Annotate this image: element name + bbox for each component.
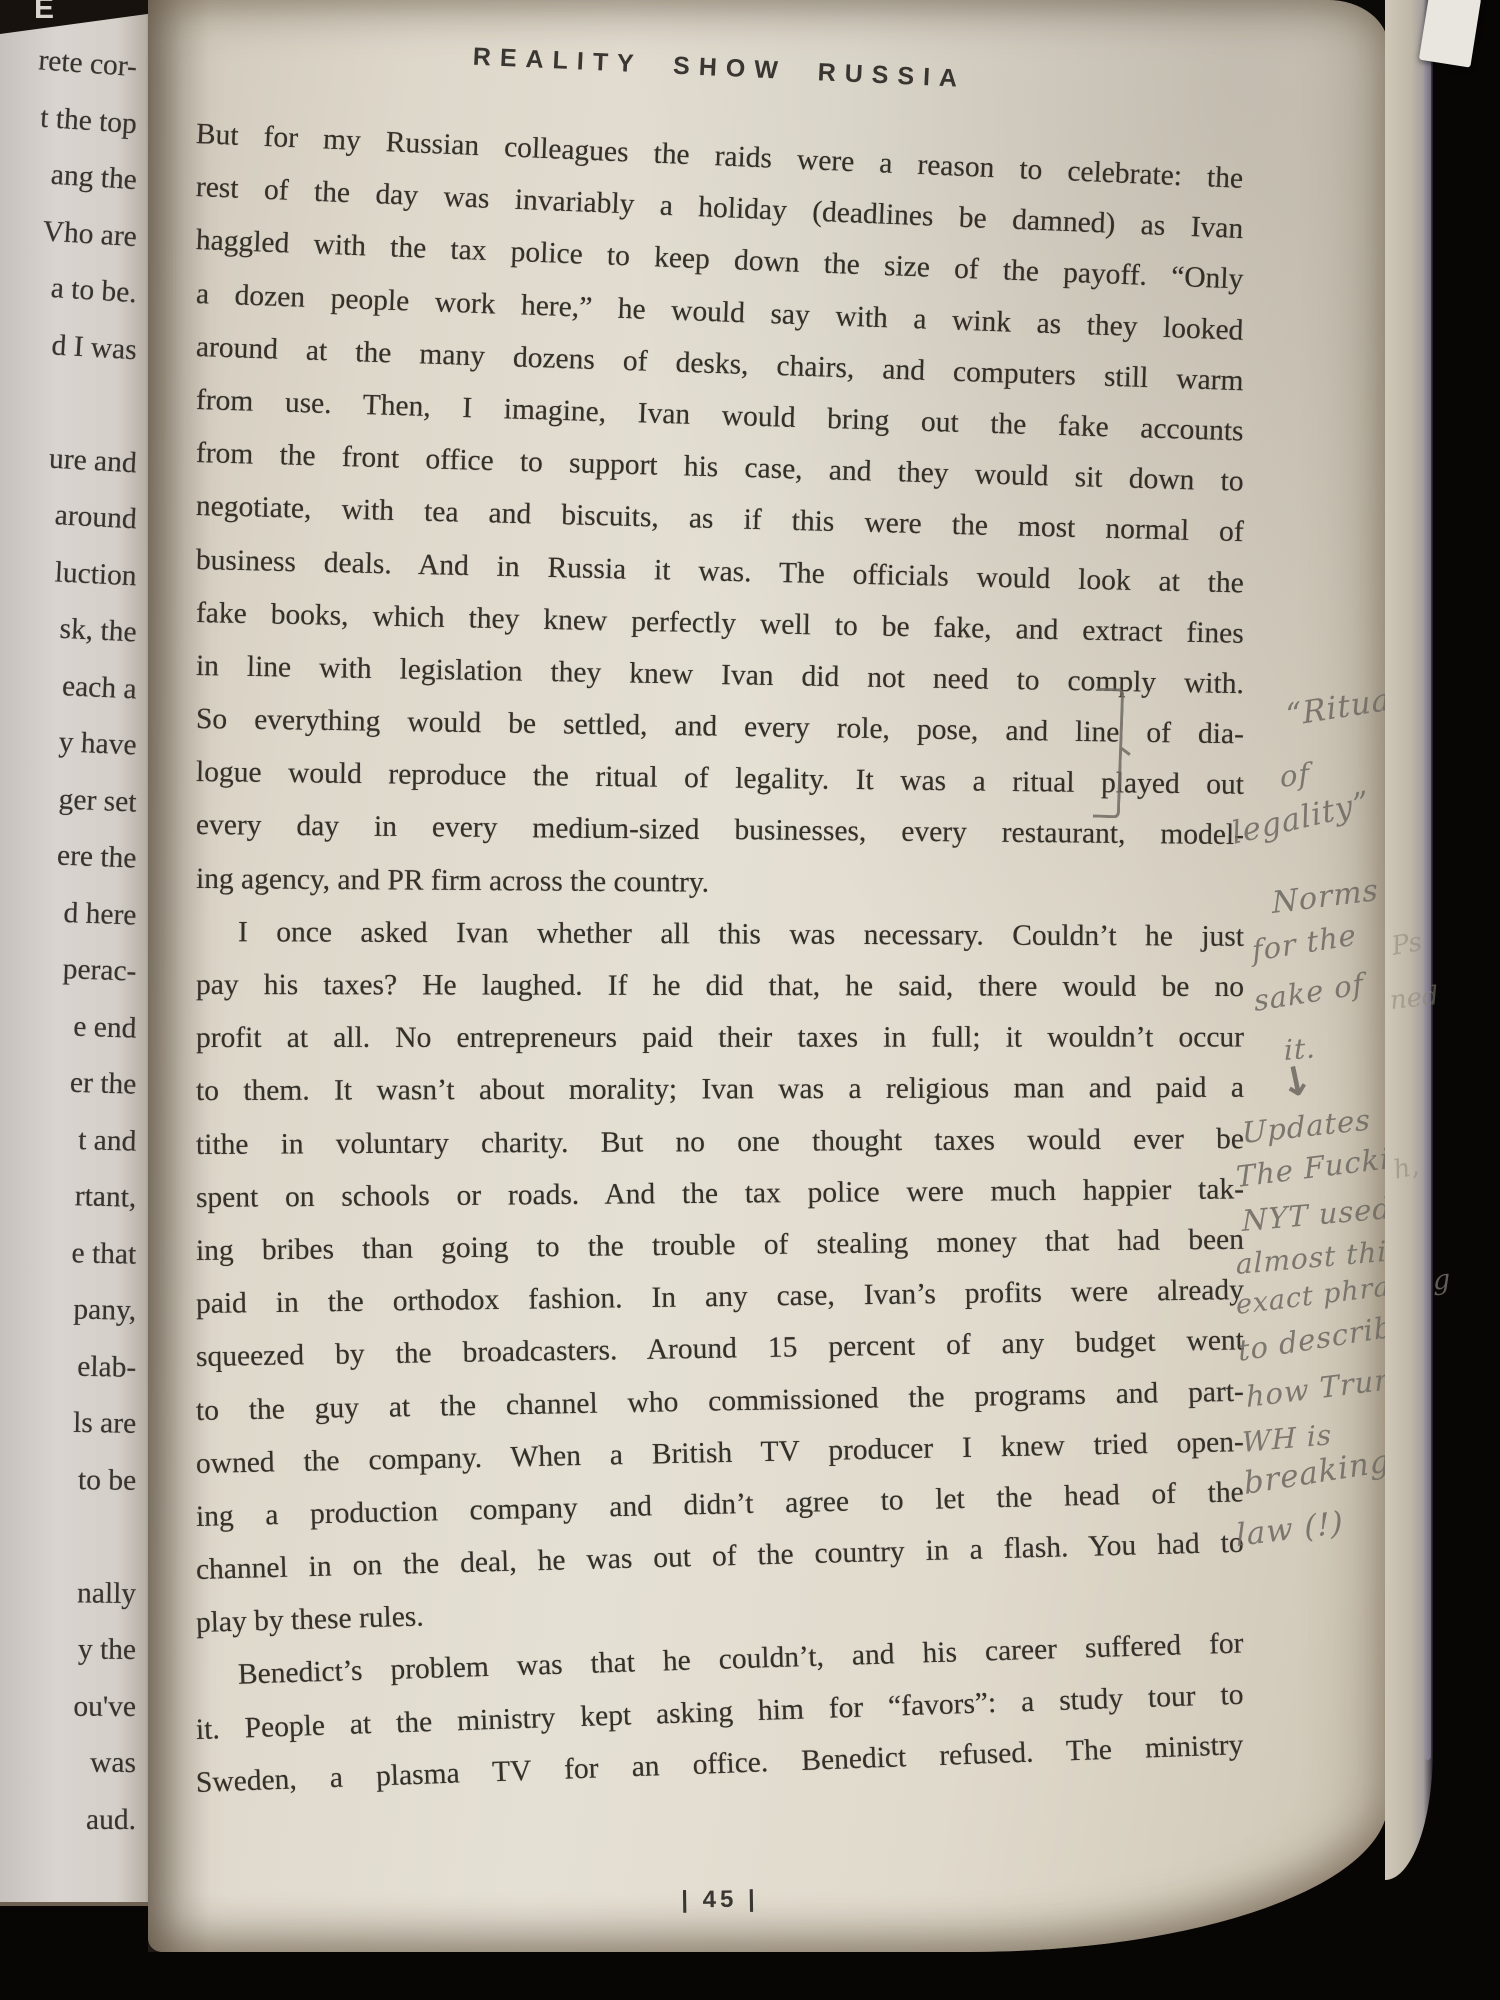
left-page-fragment bbox=[0, 383, 150, 448]
left-page-fragment: d here bbox=[0, 894, 149, 956]
left-page-fragment: ls are bbox=[0, 1406, 148, 1465]
left-page-fragment: a to be. bbox=[0, 269, 150, 334]
left-page-fragment: ang the bbox=[0, 155, 150, 221]
book-page: REALITY SHOW RUSSIA But for my Russian c… bbox=[148, 0, 1388, 1952]
body-line: ing agency, and PR firm across the count… bbox=[196, 853, 1244, 914]
left-page-fragment bbox=[0, 1519, 148, 1577]
left-page-fragment: t and bbox=[0, 1122, 149, 1182]
left-page-fragment: Vho are bbox=[0, 212, 150, 278]
left-page-fragment: to be bbox=[0, 1463, 148, 1521]
left-page-fragment: ger set bbox=[0, 781, 149, 843]
left-page-fragment: around bbox=[0, 496, 149, 560]
left-page-fragment: was bbox=[0, 1747, 148, 1804]
running-header: REALITY SHOW RUSSIA bbox=[195, 30, 1243, 107]
body-line: I once asked Ivan whether all this was n… bbox=[196, 906, 1244, 964]
left-page-fragment: each a bbox=[0, 667, 149, 730]
body-text: But for my Russian colleagues the raids … bbox=[196, 108, 1244, 1810]
left-page-fragment: t the top bbox=[0, 99, 150, 165]
book-photo: E rete cor-t the topang theVho area to b… bbox=[0, 0, 1500, 2000]
left-page-fragment: rete cor- bbox=[0, 42, 150, 109]
left-page-fragment: aud. bbox=[0, 1804, 148, 1861]
left-page-fragment: luction bbox=[0, 553, 149, 617]
left-page-fragment: y the bbox=[0, 1633, 148, 1690]
body-line: profit at all. No entrepreneurs paid the… bbox=[196, 1012, 1244, 1066]
body-line: tithe in voluntary charity. But no one t… bbox=[196, 1113, 1244, 1172]
left-page-fragment: ere the bbox=[0, 837, 149, 899]
body-line: pay his taxes? He laughed. If he did tha… bbox=[196, 959, 1244, 1014]
left-page-fragment: ou've bbox=[0, 1690, 148, 1747]
left-page-fragment: sk, the bbox=[0, 610, 149, 673]
left-page-fragment: nally bbox=[0, 1576, 148, 1634]
left-page-fragment: y have bbox=[0, 724, 149, 787]
left-page-fragment: e that bbox=[0, 1235, 149, 1295]
page-number: | 45 | bbox=[196, 1879, 1244, 1922]
left-page-fragment: pany, bbox=[0, 1292, 149, 1351]
left-page-header-fragment: E bbox=[34, 0, 54, 26]
edge-mark: ned bbox=[1388, 981, 1440, 1016]
margin-note: of bbox=[1279, 756, 1311, 794]
left-page-fragment: ure and bbox=[0, 440, 150, 504]
left-page-fragment: rtant, bbox=[0, 1178, 149, 1238]
left-page-fragment: d I was bbox=[0, 326, 150, 391]
left-page-fragment: elab- bbox=[0, 1349, 148, 1408]
background-white-object bbox=[1419, 0, 1481, 68]
left-page-fragment: er the bbox=[0, 1065, 149, 1126]
left-page-fragment: e end bbox=[0, 1008, 149, 1069]
left-page-fragment: perac- bbox=[0, 951, 149, 1012]
left-page-edge: E rete cor-t the topang theVho area to b… bbox=[0, 0, 150, 1906]
margin-bracket bbox=[1093, 688, 1125, 819]
page-edge-highlight bbox=[1424, 60, 1431, 1760]
edge-mark: Ps bbox=[1389, 927, 1424, 962]
left-page-text-fragments: rete cor-t the topang theVho area to be.… bbox=[0, 52, 148, 1860]
body-line: to them. It wasn’t about morality; Ivan … bbox=[196, 1062, 1244, 1118]
photo-dark-corner bbox=[0, 0, 150, 34]
